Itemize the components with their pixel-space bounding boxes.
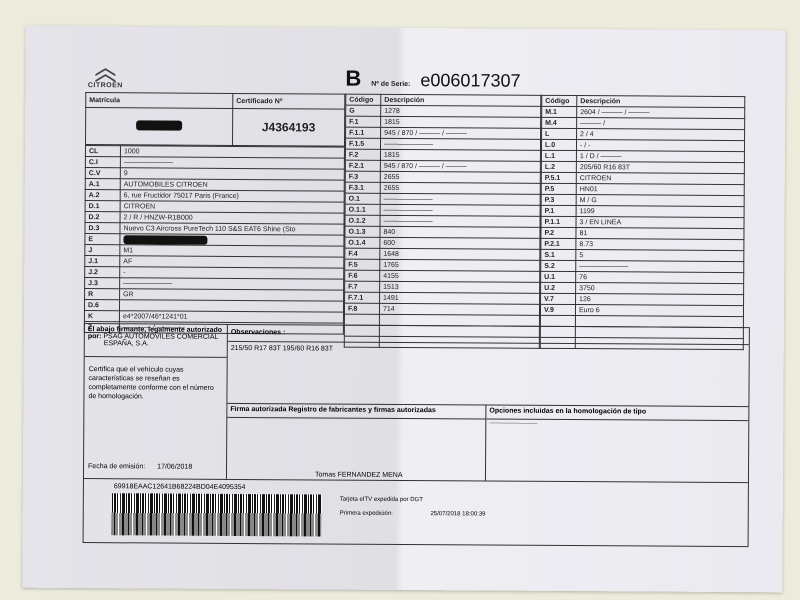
primera-value: 25/07/2018 18:00:39	[430, 511, 485, 517]
field-code: L.2	[541, 161, 576, 172]
field-code: A.2	[85, 190, 120, 201]
field-code: F.4	[345, 248, 380, 259]
field-code: J.2	[85, 267, 120, 278]
opciones-box: Opciones incluidas en la homologación de…	[486, 405, 748, 484]
field-code: D.1	[85, 201, 120, 212]
brand-name: CITROËN	[85, 82, 125, 89]
company-line2: ESPAÑA, S.A.	[88, 340, 224, 348]
field-code: L.0	[541, 139, 576, 150]
tarjeta-text: Tarjeta eITV expedida por DGT	[340, 497, 423, 504]
field-code: O.1.3	[345, 226, 380, 237]
field-code: O.1.2	[345, 215, 380, 226]
field-code: F.7	[345, 281, 380, 292]
firma-label: Firma autorizada Registro de fabricantes…	[227, 404, 485, 420]
field-code: F.7.1	[345, 292, 380, 303]
field-code: V.7	[541, 293, 576, 304]
field-code: D.2	[85, 212, 120, 223]
field-code: P.2.1	[541, 238, 576, 249]
right-col-code: Código	[542, 95, 577, 106]
field-code	[540, 315, 575, 326]
field-code: C.I	[85, 157, 120, 168]
field-code: F.5	[345, 259, 380, 270]
certificado-value: J4364193	[232, 108, 344, 146]
observaciones-box: Observaciones : 215/50 R17 83T 195/60 R1…	[227, 325, 748, 406]
primera-label: Primera expedición:	[340, 511, 393, 517]
serie-block: B Nº de Serie: e006017307	[345, 66, 520, 93]
certificado-label: Certificado Nº	[233, 93, 345, 109]
field-code: U.2	[541, 282, 576, 293]
left-section: Matrícula Certificado Nº J4364193 CL1000…	[84, 92, 345, 335]
serie-number: e006017307	[420, 70, 520, 92]
field-code: P.1	[541, 205, 576, 216]
mid-col-code: Código	[346, 94, 381, 105]
issue-date-line: Fecha de emisión: 17/06/2018	[88, 463, 192, 471]
field-code: F.3.1	[345, 182, 380, 193]
signer-box: El abajo firmante, legalmente autorizado…	[84, 324, 228, 479]
signer-heading-block: El abajo firmante, legalmente autorizado…	[85, 324, 227, 358]
field-code: V.9	[540, 304, 575, 315]
field-code: M.4	[542, 117, 577, 128]
fecha-label: Fecha de emisión:	[88, 463, 145, 470]
fecha-value: 17/06/2018	[157, 463, 192, 470]
field-code: A.1	[85, 179, 120, 190]
field-code: J	[85, 245, 120, 256]
field-code: J.3	[85, 278, 120, 289]
field-code: F.3	[345, 171, 380, 182]
primera-expedicion: Primera expedición: 25/07/2018 18:00:39	[340, 511, 486, 518]
left-fields-table: CL1000C.I———————C.V9A.1AUTOMOBILES CITRO…	[84, 145, 345, 335]
field-code: L	[542, 128, 577, 139]
field-code: F.8	[344, 303, 379, 314]
field-code: F.1.1	[346, 127, 381, 138]
field-code: D.6	[84, 300, 119, 311]
field-code: F.1.5	[345, 138, 380, 149]
matricula-value	[85, 108, 232, 146]
field-code: S.1	[541, 249, 576, 260]
double-chevron-icon	[94, 66, 116, 82]
field-code: P.5	[541, 183, 576, 194]
field-code: F.1	[346, 116, 381, 127]
field-code: D.3	[85, 223, 120, 234]
field-code: G	[346, 105, 381, 116]
field-code: K	[84, 311, 119, 322]
observaciones-value: 215/50 R17 83T 195/60 R16 83T	[228, 342, 749, 358]
certifies-text: Certifica que el vehículo cuyas caracter…	[84, 357, 226, 410]
middle-fields-table: Código Descripción G1278F.11815F.1.1945 …	[344, 94, 542, 349]
middle-section: Código Descripción G1278F.11815F.1.1945 …	[344, 94, 542, 349]
field-code: CL	[85, 146, 120, 157]
barcode-image	[112, 493, 322, 536]
footer-block: 69918EAAC12641B68224BD04E4095354 Tarjeta…	[84, 478, 748, 546]
field-code: L.1	[541, 150, 576, 161]
field-code: U.1	[541, 271, 576, 282]
field-code: O.1.4	[345, 237, 380, 248]
firma-name: Tomas FERNANDEZ MENA	[315, 471, 403, 479]
serie-label: Nº de Serie:	[371, 81, 410, 88]
redaction-mark	[136, 120, 182, 130]
form-letter: B	[345, 66, 361, 92]
matricula-label: Matrícula	[86, 93, 233, 109]
por-label: por:	[88, 333, 102, 340]
field-code: O.1	[345, 193, 380, 204]
field-code: C.V	[85, 168, 120, 179]
field-code: E	[85, 234, 120, 245]
field-code: F.2.1	[345, 160, 380, 171]
field-code: M.1	[542, 106, 577, 117]
opciones-value: ————————	[486, 420, 748, 430]
matricula-cert-table: Matrícula Certificado Nº J4364193	[85, 92, 345, 147]
field-code: P.1.1	[541, 216, 576, 227]
firma-box: Firma autorizada Registro de fabricantes…	[227, 403, 486, 482]
barcode-text: 69918EAAC12641B68224BD04E4095354	[114, 483, 246, 491]
bottom-section: El abajo firmante, legalmente autorizado…	[83, 323, 750, 547]
field-code: P.5.1	[541, 172, 576, 183]
field-code: F.2	[345, 149, 380, 160]
right-section: Código Descripción M.12604 / ——— / ———M.…	[540, 95, 746, 350]
field-code: F.6	[345, 270, 380, 281]
vehicle-technical-card: CITROËN B Nº de Serie: e006017307 Matríc…	[22, 26, 785, 593]
redaction-mark	[123, 235, 207, 245]
field-code: R	[85, 289, 120, 300]
field-code	[344, 314, 379, 325]
field-code: O.1.1	[345, 204, 380, 215]
field-code: S.2	[541, 260, 576, 271]
field-code: P.2	[541, 227, 576, 238]
field-code: P.3	[541, 194, 576, 205]
right-fields-table: Código Descripción M.12604 / ——— / ———M.…	[540, 95, 746, 350]
field-code: J.1	[85, 256, 120, 267]
citroen-logo: CITROËN	[85, 66, 125, 89]
